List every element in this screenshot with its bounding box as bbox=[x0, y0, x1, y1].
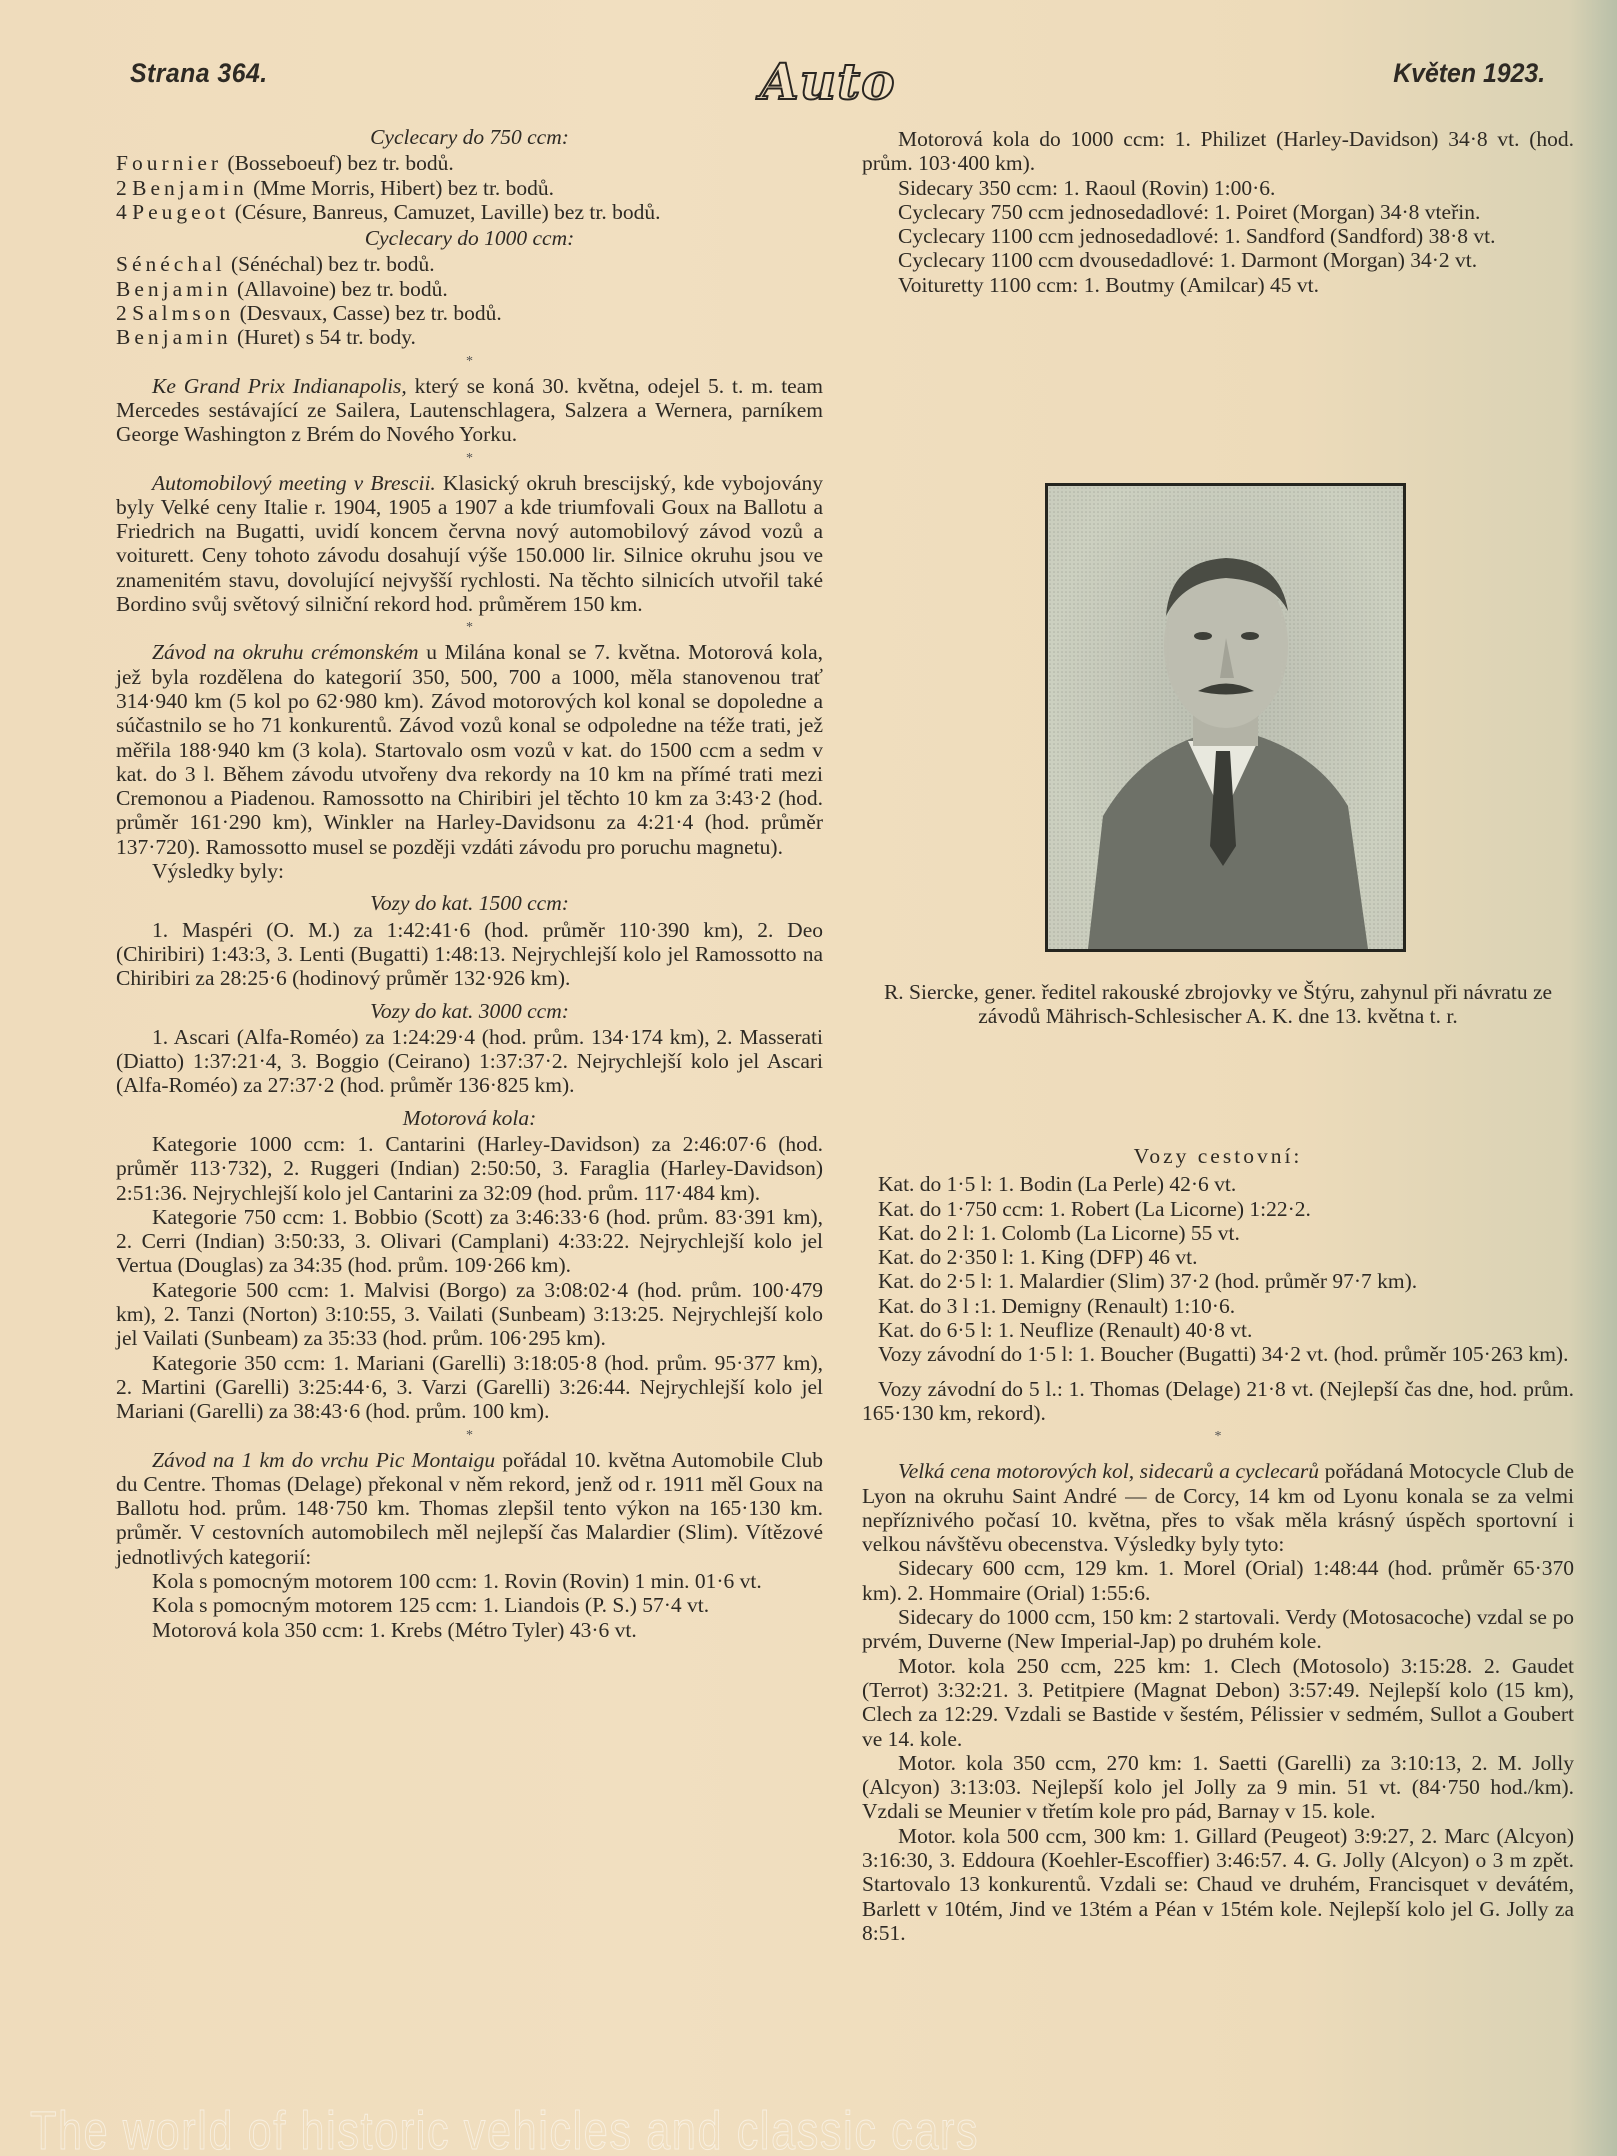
separator-asterisk: * bbox=[862, 1425, 1574, 1449]
results-cyclecars-750: Fournier (Bosseboeuf) bez tr. bodů. 2 Be… bbox=[116, 151, 823, 224]
result-lyon: Motor. kola 350 ccm, 270 km: 1. Saetti (… bbox=[862, 1751, 1574, 1824]
result-lyon: Motor. kola 500 ccm, 300 km: 1. Gillard … bbox=[862, 1824, 1574, 1945]
page-header: Strana 364. Auto Květen 1923. bbox=[0, 58, 1617, 118]
result-row: Fournier (Bosseboeuf) bez tr. bodů. bbox=[116, 151, 823, 175]
section-title-motorcycles: Motorová kola: bbox=[116, 1106, 823, 1130]
result-montaigu-350: Motorová kola 350 ccm: 1. Krebs (Métro T… bbox=[116, 1618, 823, 1642]
section-title-cars-1500: Vozy do kat. 1500 ccm: bbox=[116, 891, 823, 915]
section-title-cyclecars-1000: Cyclecary do 1000 ccm: bbox=[116, 226, 823, 250]
article-brescia: Automobilový meeting v Brescii. Klasický… bbox=[116, 471, 823, 617]
result-darmont: Cyclecary 1100 ccm dvousedadlové: 1. Dar… bbox=[862, 248, 1574, 272]
separator-asterisk: * bbox=[116, 350, 823, 374]
result-row: 2 Benjamin (Mme Morris, Hibert) bez tr. … bbox=[116, 176, 823, 200]
left-column: Cyclecary do 750 ccm: Fournier (Bosseboe… bbox=[116, 123, 823, 1642]
section-title-touring-cars: Vozy cestovní: bbox=[862, 1144, 1574, 1168]
results-moto-750: Kategorie 750 ccm: 1. Bobbio (Scott) za … bbox=[116, 1205, 823, 1278]
right-column-bottom: Vozy cestovní: Kat. do 1·5 l: 1. Bodin (… bbox=[862, 1140, 1574, 1945]
results-cars-3000: 1. Ascari (Alfa-Roméo) za 1:24:29·4 (hod… bbox=[116, 1025, 823, 1098]
result-touring: Kat. do 2·350 l: 1. King (DFP) 46 vt. bbox=[862, 1245, 1574, 1269]
result-lyon: Sidecary 600 ccm, 129 km. 1. Morel (Oria… bbox=[862, 1556, 1574, 1605]
magazine-logo: Auto bbox=[760, 52, 896, 111]
result-sandford: Cyclecary 1100 ccm jednosedadlové: 1. Sa… bbox=[862, 224, 1574, 248]
result-philizet: Motorová kola do 1000 ccm: 1. Philizet (… bbox=[862, 127, 1574, 176]
result-row: Sénéchal (Sénéchal) bez tr. bodů. bbox=[116, 252, 823, 276]
results-cyclecars-1000: Sénéchal (Sénéchal) bez tr. bodů. Benjam… bbox=[116, 252, 823, 349]
portrait-photo bbox=[1045, 483, 1406, 952]
result-row: Benjamin (Allavoine) bez tr. bodů. bbox=[116, 277, 823, 301]
result-boutmy: Voituretty 1100 ccm: 1. Boutmy (Amilcar)… bbox=[862, 273, 1574, 297]
page-number: Strana 364. bbox=[130, 58, 268, 89]
result-montaigu-125: Kola s pomocným motorem 125 ccm: 1. Lian… bbox=[116, 1593, 823, 1617]
results-moto-350: Kategorie 350 ccm: 1. Mariani (Garelli) … bbox=[116, 1351, 823, 1424]
result-montaigu-100: Kola s pomocným motorem 100 ccm: 1. Rovi… bbox=[116, 1569, 823, 1593]
article-montaigu: Závod na 1 km do vrchu Pic Montaigu pořá… bbox=[116, 1448, 823, 1569]
magazine-page: Strana 364. Auto Květen 1923. Cyclecary … bbox=[0, 0, 1617, 2156]
separator-asterisk: * bbox=[116, 1424, 823, 1448]
results-moto-500: Kategorie 500 ccm: 1. Malvisi (Borgo) za… bbox=[116, 1278, 823, 1351]
separator-asterisk: * bbox=[116, 447, 823, 471]
result-touring: Kat. do 2·5 l: 1. Malardier (Slim) 37·2 … bbox=[862, 1269, 1574, 1293]
separator-asterisk: * bbox=[116, 616, 823, 640]
results-label: Výsledky byly: bbox=[116, 859, 823, 883]
result-row: Benjamin (Huret) s 54 tr. body. bbox=[116, 325, 823, 349]
right-column-top: Motorová kola do 1000 ccm: 1. Philizet (… bbox=[862, 127, 1574, 297]
result-poiret: Cyclecary 750 ccm jednosedadlové: 1. Poi… bbox=[862, 200, 1574, 224]
article-indianapolis: Ke Grand Prix Indianapolis, který se kon… bbox=[116, 374, 823, 447]
result-racing: Vozy závodní do 5 l.: 1. Thomas (Delage)… bbox=[862, 1377, 1574, 1426]
issue-date: Květen 1923. bbox=[1393, 58, 1545, 89]
result-touring: Kat. do 2 l: 1. Colomb (La Licorne) 55 v… bbox=[862, 1221, 1574, 1245]
portrait-figure-icon bbox=[1048, 486, 1403, 949]
result-racing: Vozy závodní do 1·5 l: 1. Boucher (Bugat… bbox=[862, 1342, 1574, 1366]
result-touring: Kat. do 1·5 l: 1. Bodin (La Perle) 42·6 … bbox=[862, 1172, 1574, 1196]
article-cremona: Závod na okruhu crémonském u Milána kona… bbox=[116, 640, 823, 859]
watermark-tagline: The world of historic vehicles and class… bbox=[30, 2100, 979, 2156]
result-touring: Kat. do 1·750 ccm: 1. Robert (La Licorne… bbox=[862, 1197, 1574, 1221]
result-raoul: Sidecary 350 ccm: 1. Raoul (Rovin) 1:00·… bbox=[862, 176, 1574, 200]
photo-caption: R. Siercke, gener. ředitel rakouské zbro… bbox=[862, 980, 1574, 1029]
result-touring: Kat. do 6·5 l: 1. Neuflize (Renault) 40·… bbox=[862, 1318, 1574, 1342]
result-row: 4 Peugeot (Césure, Banreus, Camuzet, Lav… bbox=[116, 200, 823, 224]
section-title-cyclecars-750: Cyclecary do 750 ccm: bbox=[116, 125, 823, 149]
result-touring: Kat. do 3 l :1. Demigny (Renault) 1:10·6… bbox=[862, 1294, 1574, 1318]
results-moto-1000: Kategorie 1000 ccm: 1. Cantarini (Harley… bbox=[116, 1132, 823, 1205]
article-lyon: Velká cena motorových kol, sidecarů a cy… bbox=[862, 1459, 1574, 1556]
result-lyon: Motor. kola 250 ccm, 225 km: 1. Clech (M… bbox=[862, 1654, 1574, 1751]
result-row: 2 Salmson (Desvaux, Casse) bez tr. bodů. bbox=[116, 301, 823, 325]
result-lyon: Sidecary do 1000 ccm, 150 km: 2 startova… bbox=[862, 1605, 1574, 1654]
results-cars-1500: 1. Maspéri (O. M.) za 1:42:41·6 (hod. pr… bbox=[116, 918, 823, 991]
section-title-cars-3000: Vozy do kat. 3000 ccm: bbox=[116, 999, 823, 1023]
